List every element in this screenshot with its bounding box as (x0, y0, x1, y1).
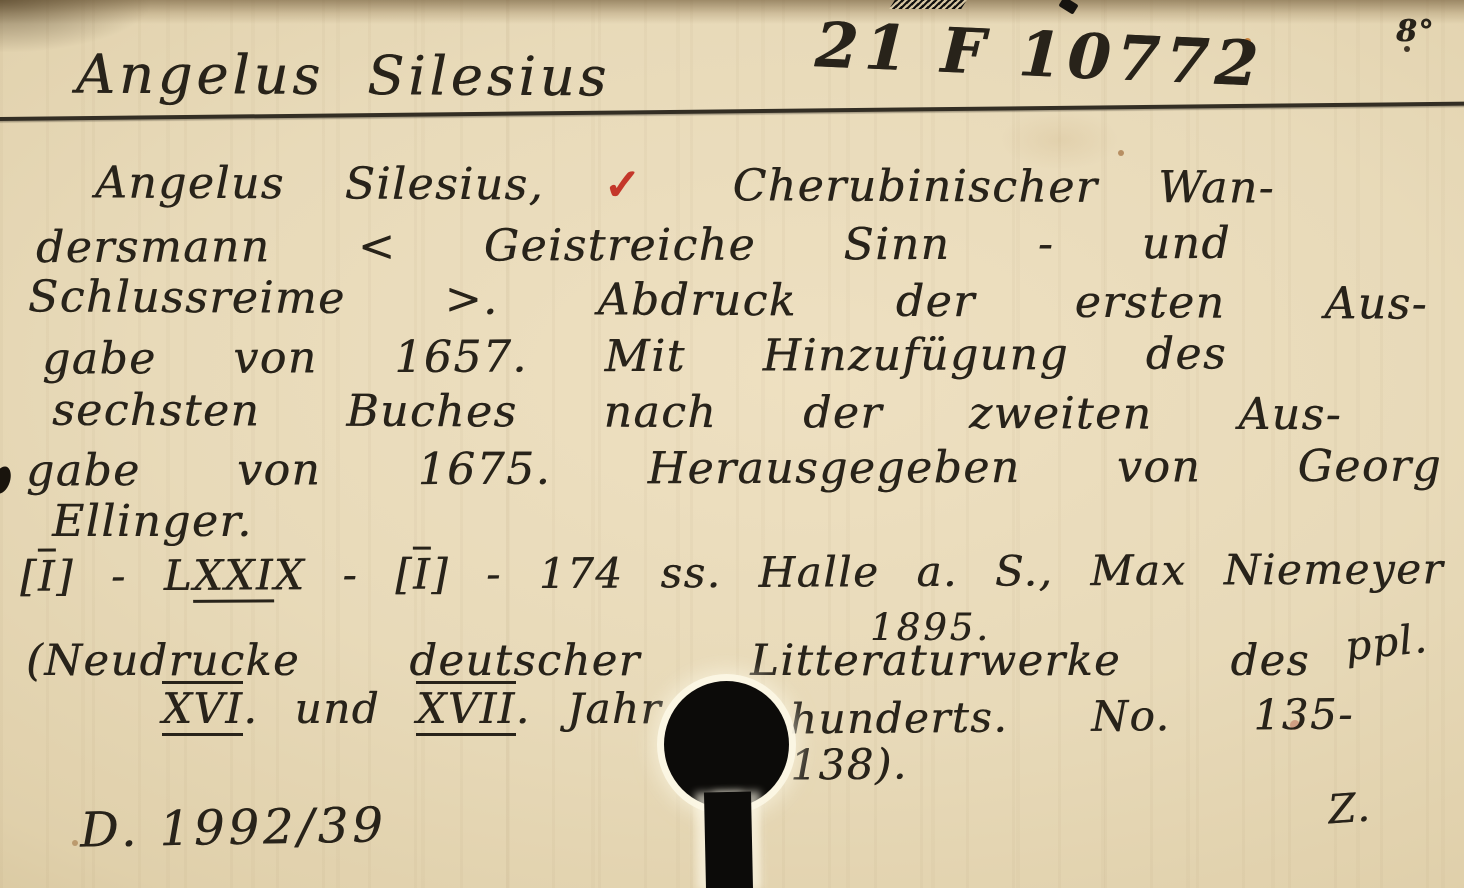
catalog-card: Angelus Silesius 21 F 10772 8° Angelus S… (0, 0, 1464, 888)
accession-number: D. 1992/39 (80, 797, 388, 858)
text-segment: I (38, 549, 56, 601)
paper-speck (1118, 150, 1124, 156)
top-edge-hatch-mark (889, 0, 967, 9)
text-segment: ] - 174 ss. Halle a. S., Max Niemeyer (431, 544, 1444, 598)
collation-line: [I] - LXXIX - [I] - 174 ss. Halle a. S.,… (20, 544, 1444, 600)
text-segment: ] - L (56, 551, 193, 601)
red-checkmark-icon: ✓ (604, 160, 673, 211)
series-note-line-2-right: hunderts. No. 135-138). (790, 692, 1355, 789)
body-line-1-pre: Angelus Silesius, (95, 157, 544, 210)
series-note-line-1: (Neudrucke deutscher Litteraturwerke des (26, 638, 1310, 685)
card-top-edge-shadow (0, 0, 1464, 24)
body-line-1-post: Cherubinischer Wan- (732, 160, 1275, 213)
text-segment: XVII (416, 681, 515, 736)
card-heading: Angelus Silesius (76, 43, 611, 109)
text-segment: I (413, 547, 431, 599)
left-edge-ink-notch (0, 464, 14, 496)
text-segment: [ (20, 552, 38, 601)
binding-note: ppl. (1343, 616, 1430, 670)
text-segment: X - [ (274, 550, 413, 600)
body-line-3: Schlussreime >. Abdruck der ersten Aus- (28, 273, 1428, 329)
body-line-6: gabe von 1675. Herausgegeben von Georg (26, 443, 1442, 496)
text-segment: . Jahr (516, 684, 662, 733)
text-segment: . und (243, 684, 416, 733)
body-line-2: dersmann < Geistreiche Sinn - und (36, 220, 1231, 273)
format-mark: 8° (1396, 14, 1435, 49)
body-line-1: Angelus Silesius, ✓ Cherubinischer Wan- (95, 159, 1275, 213)
series-note-line-2-left: XVI. und XVII. Jahr (162, 686, 662, 732)
punch-hole (664, 681, 789, 808)
body-line-7: Ellinger. (52, 498, 253, 546)
paper-speck (72, 840, 78, 846)
body-line-5: sechsten Buches nach der zweiten Aus- (52, 387, 1342, 440)
body-line-4: gabe von 1657. Mit Hinzufügung des (42, 330, 1227, 384)
text-segment: XVI (162, 681, 243, 736)
punch-hole-slot (704, 792, 753, 888)
text-segment: XXI (193, 550, 274, 602)
cataloger-initial: Z. (1326, 785, 1372, 834)
